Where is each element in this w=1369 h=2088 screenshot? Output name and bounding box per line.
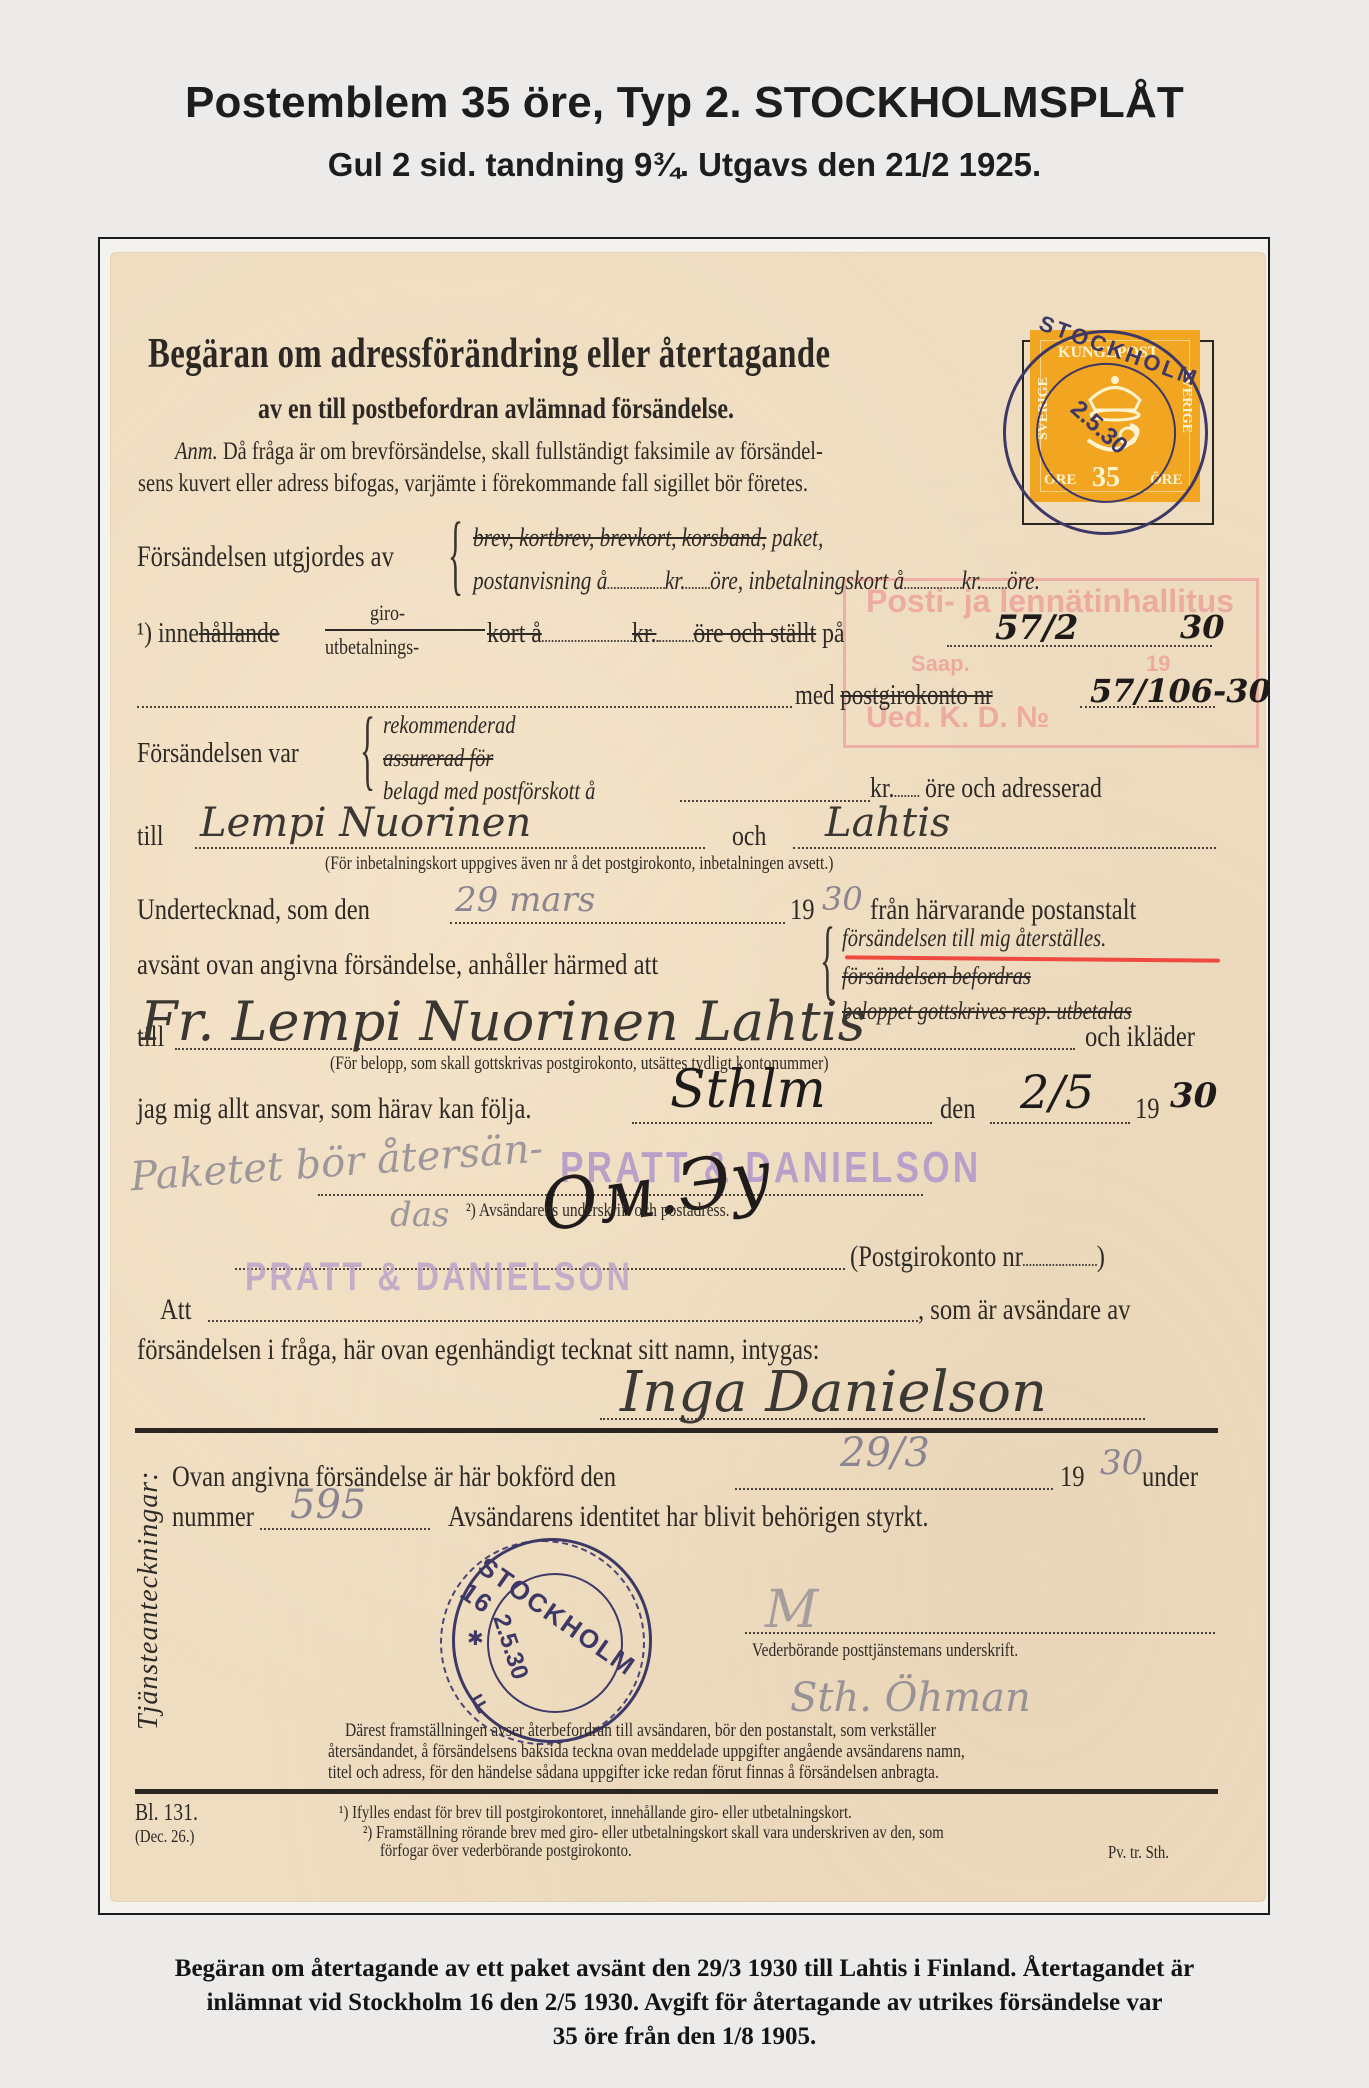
nummer-value: 595	[290, 1482, 366, 1528]
brace-icon: {	[360, 705, 375, 795]
caption-line-3: 35 öre från den 1/8 1905.	[0, 2020, 1369, 2054]
ore-stallt-struck: öre och ställt	[693, 617, 816, 649]
till-name-field	[195, 847, 705, 849]
ansvar-label: jag mig allt ansvar, som härav kan följa…	[137, 1092, 532, 1126]
ansvar-year: 30	[1170, 1076, 1217, 1116]
postgiro-close: )	[1097, 1240, 1105, 1273]
form-title: Begäran om adressförändring eller återta…	[148, 330, 830, 378]
postmark-bottom: STOCKHOLM 16 2.5.30 F ✱	[452, 1538, 652, 1743]
dotted-field	[137, 706, 792, 708]
till-note: (För inbetalningskort uppgives även nr å…	[325, 853, 833, 875]
avsant-label: avsänt ovan angivna försändelse, anhålle…	[137, 948, 658, 982]
ansvar-date-field	[990, 1122, 1130, 1124]
innehallande-prefix: ¹) inne	[137, 617, 199, 649]
till-place-value: Lahtis	[825, 800, 951, 846]
ore-label: öre.	[1007, 566, 1040, 595]
ansvar-19: 19	[1135, 1092, 1160, 1126]
pencil-note-line2: das	[390, 1195, 449, 1235]
form-subtitle: av en till postbefordran avlämnad försän…	[258, 392, 734, 426]
till-name-value: Lempi Nuorinen	[200, 800, 531, 846]
postanvisning-label: postanvisning å	[473, 566, 607, 595]
att-suffix: , som är avsändare av	[918, 1293, 1130, 1327]
undertecknad-19: 19	[790, 893, 815, 927]
att-option-2: försändelsen befordras	[842, 963, 1031, 991]
utgjordes-option-2: postanvisning åkr.öre, inbetalningskort …	[473, 566, 1040, 596]
postgiro-line: med postgirokonto nr	[795, 680, 993, 712]
var-option-1: rekommenderad	[383, 712, 515, 740]
note-line-2: sens kuvert eller adress bifogas, varjäm…	[138, 470, 808, 498]
innehallande-struck: hållande	[199, 617, 280, 649]
kort-line: kort åkr.öre och ställt på	[487, 617, 845, 650]
darest-line2: återsändandet, å försändelsens baksida t…	[328, 1741, 965, 1763]
den-label: den	[940, 1092, 976, 1126]
utgjordes-option-1: brev, kortbrev, brevkort, korsband, pake…	[473, 523, 823, 553]
giro-top: giro-	[370, 600, 405, 626]
var-label: Försändelsen var	[137, 737, 299, 770]
utgjordes-struck-options: brev, kortbrev, brevkort, korsband,	[473, 523, 766, 552]
company-stamp-2: PRATT & DANIELSON	[245, 1255, 633, 1300]
stallt-value: 57/2	[995, 608, 1078, 648]
nummer-field	[260, 1528, 430, 1530]
note-label: Anm.	[175, 438, 218, 465]
kort-struck: kort å	[487, 617, 542, 649]
darest-line1: Därest framställningen avser återbefordr…	[345, 1720, 936, 1742]
och-label: och	[732, 820, 766, 853]
giro-bottom: utbetalnings-	[325, 634, 419, 660]
kr-label: kr.	[665, 566, 686, 595]
service-notes-vertical-label: Tjänsteanteckningar:	[133, 1470, 165, 1730]
official-signature: Sth. Öhman	[790, 1675, 1031, 1721]
dotted-field	[686, 587, 711, 589]
section-divider	[135, 1428, 1218, 1433]
innehallande-line: ¹) innehållande	[137, 617, 279, 650]
till-place-field	[793, 847, 1216, 849]
nummer-label: nummer	[172, 1500, 254, 1534]
footnote-2-line2: förfogar över vederbörande postgirokonto…	[380, 1840, 632, 1861]
kr-label: kr.	[962, 566, 983, 595]
caption-line-1: Begäran om återtagande av ett paket avsä…	[0, 1952, 1369, 1986]
att-field	[208, 1320, 918, 1322]
bokford-date-value: 29/3	[840, 1430, 930, 1476]
official-signature-label: Vederbörande posttjänstemans underskrift…	[752, 1640, 1018, 1662]
undertecknad-suffix: från härvarande postanstalt	[870, 893, 1136, 927]
footnote-1: ¹) Ifylles endast för brev till postgiro…	[230, 1802, 743, 1823]
red-receiving-stamp: Posti- ja lennätinhallitus Saap. 19 Ued.…	[843, 578, 1259, 748]
bokford-under: under	[1142, 1460, 1198, 1494]
postgirokonto-struck: postgirokonto nr	[840, 680, 992, 711]
undertecknad-date-field	[450, 922, 785, 924]
dotted-field	[982, 587, 1007, 589]
official-initials: M	[765, 1580, 818, 1640]
postgiro-value: 57/106-30	[1090, 672, 1271, 710]
bokford-year: 30	[1100, 1443, 1143, 1483]
utgjordes-kept-option: paket,	[772, 523, 824, 552]
form-date: (Dec. 26.)	[135, 1826, 194, 1847]
dotted-field	[542, 640, 632, 642]
witness-signature: Inga Danielson	[620, 1360, 1047, 1425]
sender-signature-label: ²) Avsändarens underskrift och postadres…	[466, 1200, 730, 1222]
dotted-field	[894, 795, 919, 797]
bokford-19: 19	[1060, 1460, 1085, 1494]
ansvar-date-value: 2/5	[1020, 1065, 1094, 1119]
star-icon: ✱	[467, 1626, 484, 1651]
note-text-1: Då fråga är om brevförsändelse, skall fu…	[223, 438, 823, 465]
till-label: till	[137, 820, 163, 853]
undertecknad-label: Undertecknad, som den	[137, 893, 370, 927]
inbetalningskort-label: öre, inbetalningskort å	[710, 566, 904, 595]
dotted-field	[904, 587, 961, 589]
till2-value: Fr. Lempi Nuorinen Lahtis	[140, 990, 866, 1053]
var-option-2: assurerad för	[383, 745, 493, 773]
stallt-field	[947, 645, 1212, 647]
med-label: med	[795, 680, 835, 711]
form-number: Bl. 131.	[135, 1800, 198, 1827]
dotted-field	[656, 640, 693, 642]
bokford-date-field	[735, 1488, 1053, 1490]
postgiro-sender-label: (Postgirokonto nr	[850, 1240, 1023, 1273]
att-label: Att	[160, 1293, 191, 1327]
identitet-text: Avsändarens identitet har blivit behörig…	[448, 1500, 928, 1534]
darest-line3: titel och adress, för den händelse sådan…	[328, 1762, 939, 1784]
page-subtitle: Gul 2 sid. tandning 9¾. Utgavs den 21/2 …	[0, 146, 1369, 184]
stallt-year: 30	[1180, 608, 1225, 646]
pa-label: på	[822, 617, 844, 649]
och-iklader: och ikläder	[1085, 1020, 1195, 1054]
caption-line-2: inlämnat vid Stockholm 16 den 2/5 1930. …	[0, 1986, 1369, 2020]
footer-divider	[135, 1789, 1218, 1794]
undertecknad-date-value: 29 mars	[455, 880, 595, 920]
adresserad-label: öre och adresserad	[925, 772, 1102, 804]
footnote-1-text: ¹) Ifylles endast för brev till postgiro…	[339, 1802, 852, 1822]
dotted-field	[607, 587, 664, 589]
dotted-field	[1023, 1264, 1097, 1266]
red-stamp-line2: Saap.	[911, 651, 970, 677]
kr-struck: kr.	[632, 617, 656, 649]
caption: Begäran om återtagande av ett paket avsä…	[0, 1952, 1369, 2054]
printer-mark: Pv. tr. Sth.	[1108, 1842, 1169, 1863]
utgjordes-label: Försändelsen utgjordes av	[137, 540, 394, 574]
brace-icon: {	[448, 510, 463, 600]
postgiro-sender-line: (Postgirokonto nr)	[850, 1240, 1105, 1274]
page-title: Postemblem 35 öre, Typ 2. STOCKHOLMSPLÅT	[0, 78, 1369, 128]
bokford-label: Ovan angivna försändelse är här bokförd …	[172, 1460, 616, 1494]
ansvar-place-field	[632, 1122, 932, 1124]
note-line-1: Anm. Då fråga är om brevförsändelse, ska…	[175, 438, 823, 466]
ansvar-place-value: Sthlm	[670, 1060, 826, 1120]
fraction-line	[325, 629, 485, 631]
att-option-1: försändelsen till mig återställes.	[842, 925, 1106, 953]
